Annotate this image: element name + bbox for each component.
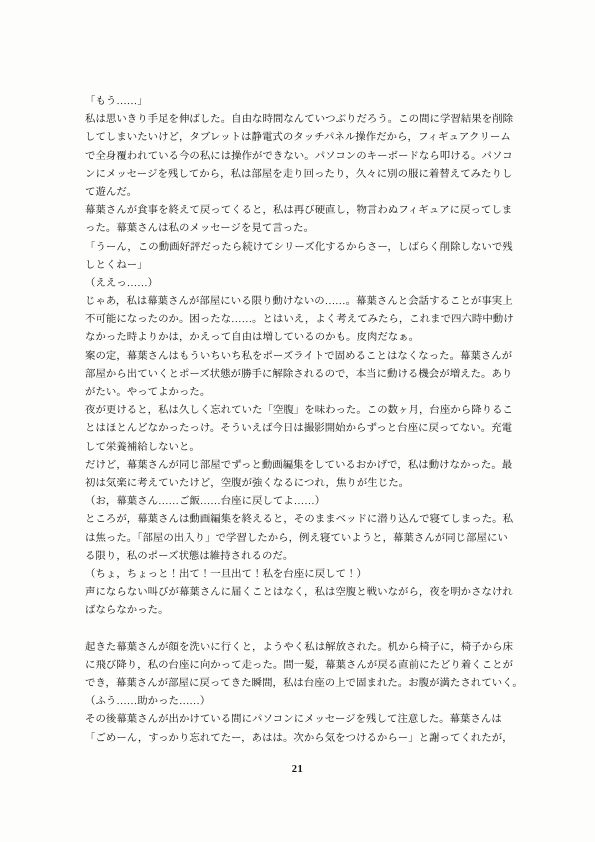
text-line: じゃあ，私は幕葉さんが部屋にいる限り動けないの……。幕葉さんと会話することが事実…	[85, 293, 517, 311]
text-line: 「ごめーん，すっかり忘れてたー，あはは。次から気をつけるからー」と謝ってくれたが…	[85, 730, 517, 748]
text-line: は焦った。「部屋の出入り」で学習したから，例え寝ていようと，幕葉さんが同じ部屋に…	[85, 530, 517, 548]
text-line: して栄養補給しないと。	[85, 439, 517, 457]
text-line: ところが，幕葉さんは動画編集を終えると，そのままベッドに潜り込んで寝てしまった。…	[85, 511, 517, 529]
text-line	[85, 620, 517, 638]
text-line: その後幕葉さんが出かけている間にパソコンにメッセージを残して注意した。幕葉さんは	[85, 711, 517, 729]
text-line: （ちょ，ちょっと！出て！一旦出て！私を台座に戻して！）	[85, 566, 517, 584]
text-line: に飛び降り，私の台座に向かって走った。間一髪，幕葉さんが戻る直前にたどり着くこと…	[85, 657, 517, 675]
text-line: してしまいたいけど，タブレットは静電式のタッチパネル操作だから，フィギュアクリー…	[85, 129, 517, 147]
text-line: 部屋から出ていくとポーズ状態が勝手に解除されるので，本当に動ける機会が増えた。あ…	[85, 366, 517, 384]
scanned-document-page: 「もう……」私は思いきり手足を伸ばした。自由な時間なんていつぶりだろう。この間に…	[0, 0, 595, 842]
text-line: ンにメッセージを残してから，私は部屋を走り回ったり，久々に別の服に着替えてみたり…	[85, 166, 517, 184]
text-line: でき，幕葉さんが部屋に戻ってきた瞬間，私は台座の上で固まれた。お腹が満たされてい…	[85, 675, 517, 693]
text-line: （ふう……助かった……）	[85, 693, 517, 711]
text-line: る限り，私のポーズ状態は維持されるのだ。	[85, 548, 517, 566]
text-line: 起きた幕葉さんが顔を洗いに行くと，ようやく私は解放された。机から椅子に，椅子から…	[85, 639, 517, 657]
text-line: 初は気楽に考えていたけど，空腹が強くなるにつれ，焦りが生じた。	[85, 475, 517, 493]
text-line: がたい。やってよかった。	[85, 384, 517, 402]
text-line: 「うーん，この動画好評だったら続けてシリーズ化するからさー，しばらく削除しないで…	[85, 239, 517, 257]
text-line: とはほとんどなかったっけ。そういえば今日は撮影開始からずっと台座に戻ってない。充…	[85, 420, 517, 438]
text-line: で全身覆われている今の私には操作ができない。パソコンのキーボードなら叩ける。パソ…	[85, 148, 517, 166]
text-line: 声にならない叫びが幕葉さんに届くことはなく，私は空腹と戦いながら，夜を明かさなけ…	[85, 584, 517, 602]
page-number: 21	[0, 764, 595, 775]
text-line: ばならなかった。	[85, 602, 517, 620]
text-line: 夜が更けると，私は久しく忘れていた「空腹」を味わった。この数ヶ月，台座から降りる…	[85, 402, 517, 420]
text-line: だけど，幕葉さんが同じ部屋でずっと動画編集をしているおかげで，私は動けなかった。…	[85, 457, 517, 475]
text-line: った。幕葉さんは私のメッセージを見て言った。	[85, 220, 517, 238]
text-line: 私は思いきり手足を伸ばした。自由な時間なんていつぶりだろう。この間に学習結果を削…	[85, 111, 517, 129]
text-line: しとくねー」	[85, 257, 517, 275]
text-line: （お，幕葉さん……ご飯……台座に戻してよ……）	[85, 493, 517, 511]
body-text: 「もう……」私は思いきり手足を伸ばした。自由な時間なんていつぶりだろう。この間に…	[85, 93, 517, 748]
text-line: （ええっ……）	[85, 275, 517, 293]
text-line: て遊んだ。	[85, 184, 517, 202]
text-line: 不可能になったのか。困ったな……。とはいえ，よく考えてみたら，これまで四六時中動…	[85, 311, 517, 329]
text-line: なかった時よりかは，かえって自由は増しているのかも。皮肉だなぁ。	[85, 329, 517, 347]
text-line: 幕葉さんが食事を終えて戻ってくると，私は再び硬直し，物言わぬフィギュアに戻ってし…	[85, 202, 517, 220]
text-line: 案の定，幕葉さんはもういちいち私をポーズライトで固めることはなくなった。幕葉さん…	[85, 348, 517, 366]
text-line: 「もう……」	[85, 93, 517, 111]
